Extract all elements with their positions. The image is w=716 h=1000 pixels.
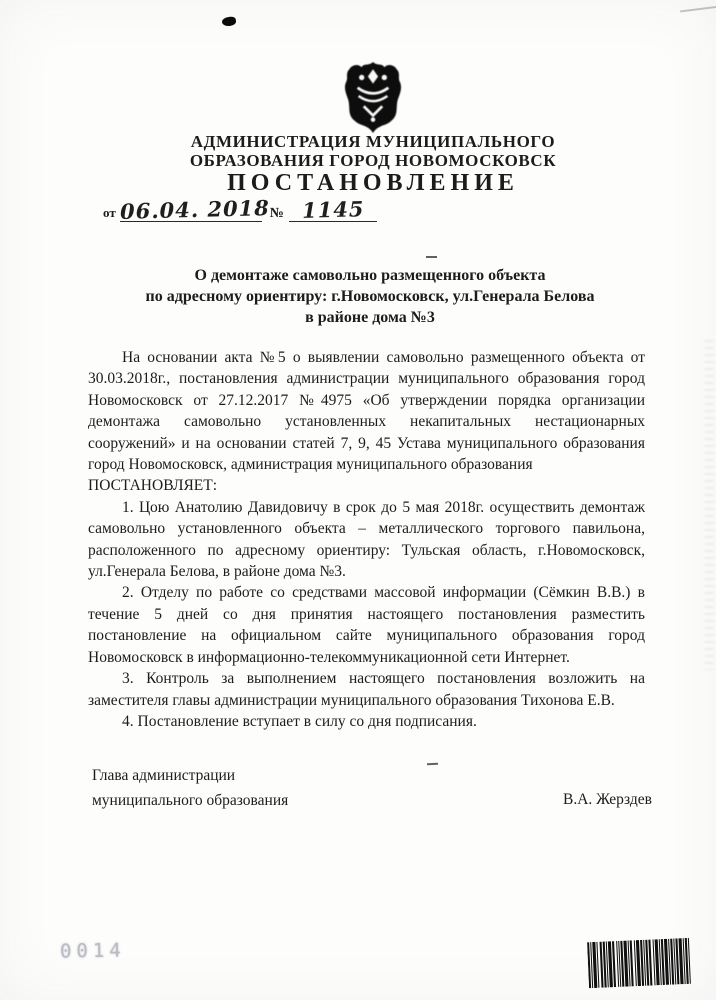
scan-artifact-dash [426,256,437,258]
barcode [587,938,693,988]
stamp-number: 0014 [60,939,126,962]
date-prefix-label: от [103,205,116,220]
organization-name-line2: ОБРАЗОВАНИЯ ГОРОД НОВОМОСКОВСК [0,151,716,170]
scan-artifact-blob [221,16,236,27]
document-title: О демонтаже самовольно размещенного объе… [70,265,670,328]
document-type-heading: ПОСТАНОВЛЕНИЕ [0,170,716,197]
signer-position-line1: Глава администрации [92,763,288,788]
coat-of-arms-icon [342,60,404,134]
organization-name-line1: АДМИНИСТРАЦИЯ МУНИЦИПАЛЬНОГО [0,132,716,151]
decree-item-3: 3. Контроль за выполнением настоящего по… [88,668,645,711]
signer-position-line2: муниципального образования [92,788,288,813]
handwritten-number: 1145 [301,196,364,223]
signer-position: Глава администрации муниципального образ… [92,763,288,813]
date-and-number-line: от06.04. 2018№1145 [103,196,377,222]
number-prefix-label: № [270,206,284,221]
handwritten-date: 06.04. 2018 [119,195,269,224]
decree-item-1: 1. Цою Анатолию Давидовичу в срок до 5 м… [88,497,645,583]
signature-block: Глава администрации муниципального образ… [92,763,652,813]
scanned-document-page: АДМИНИСТРАЦИЯ МУНИЦИПАЛЬНОГО ОБРАЗОВАНИЯ… [0,0,716,1000]
resolve-word: ПОСТАНОВЛЯЕТ: [88,475,645,496]
document-title-line1: О демонтаже самовольно размещенного объе… [70,265,670,286]
decree-item-4: 4. Постановление вступает в силу со дня … [88,711,645,732]
signer-name: В.А. Жерздев [563,787,652,813]
document-body: На основании акта №5 о выявлении самовол… [88,347,645,732]
organization-name: АДМИНИСТРАЦИЯ МУНИЦИПАЛЬНОГО ОБРАЗОВАНИЯ… [0,132,716,170]
scan-artifact-corner-line [680,6,716,13]
scan-artifact-edge-noise [704,340,714,670]
preamble-paragraph: На основании акта №5 о выявлении самовол… [88,347,645,475]
decree-item-2: 2. Отделу по работе со средствами массов… [88,582,645,668]
document-title-line3: в районе дома №3 [70,307,670,328]
document-title-line2: по адресному ориентиру: г.Новомосковск, … [70,286,670,307]
